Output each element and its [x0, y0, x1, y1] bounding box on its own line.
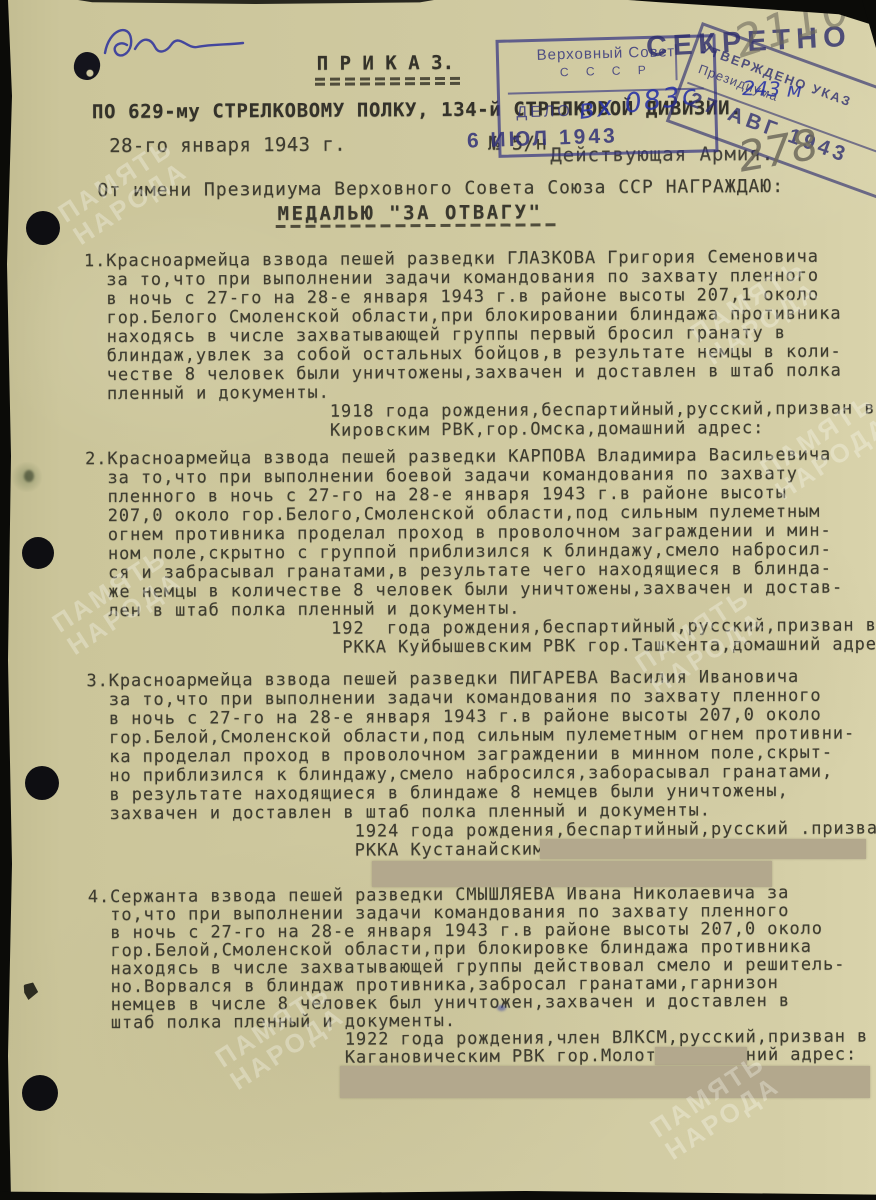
- medal-line: МЕДАЛЬЮ "ЗА ОТВАГУ": [278, 201, 543, 225]
- title-underline: [315, 77, 465, 88]
- redaction-block: [372, 861, 772, 887]
- award-entry-4: 4.Сержанта взвода пешей разведки СМЫШЛЯЕ…: [88, 883, 876, 1068]
- award-preamble: От имени Президиума Верховного Совета Со…: [97, 176, 784, 201]
- ink-speck: [497, 1005, 506, 1011]
- punch-hole: [22, 1075, 58, 1111]
- punch-hole: [26, 211, 60, 245]
- handwritten-signature: [95, 15, 255, 75]
- punch-hole: [22, 537, 54, 569]
- award-entry-3: 3.Красноармейца взвода пешей разведки ПИ…: [86, 667, 876, 862]
- medal-underline: [276, 223, 558, 230]
- approval-ink-note: 243 м: [742, 76, 802, 102]
- order-title: П Р И К А З.: [317, 52, 454, 75]
- case-label: ДЕЛО: [516, 103, 573, 122]
- scanned-document-page: П Р И К А З. ПО 629-му СТРЕЛКОВОМУ ПОЛКУ…: [0, 0, 876, 1200]
- punch-hole: [25, 766, 59, 800]
- redaction-block: [540, 839, 866, 859]
- paper-stain: [24, 470, 34, 482]
- paper-background: П Р И К А З. ПО 629-му СТРЕЛКОВОМУ ПОЛКУ…: [0, 0, 876, 1200]
- redaction-block: [340, 1066, 870, 1098]
